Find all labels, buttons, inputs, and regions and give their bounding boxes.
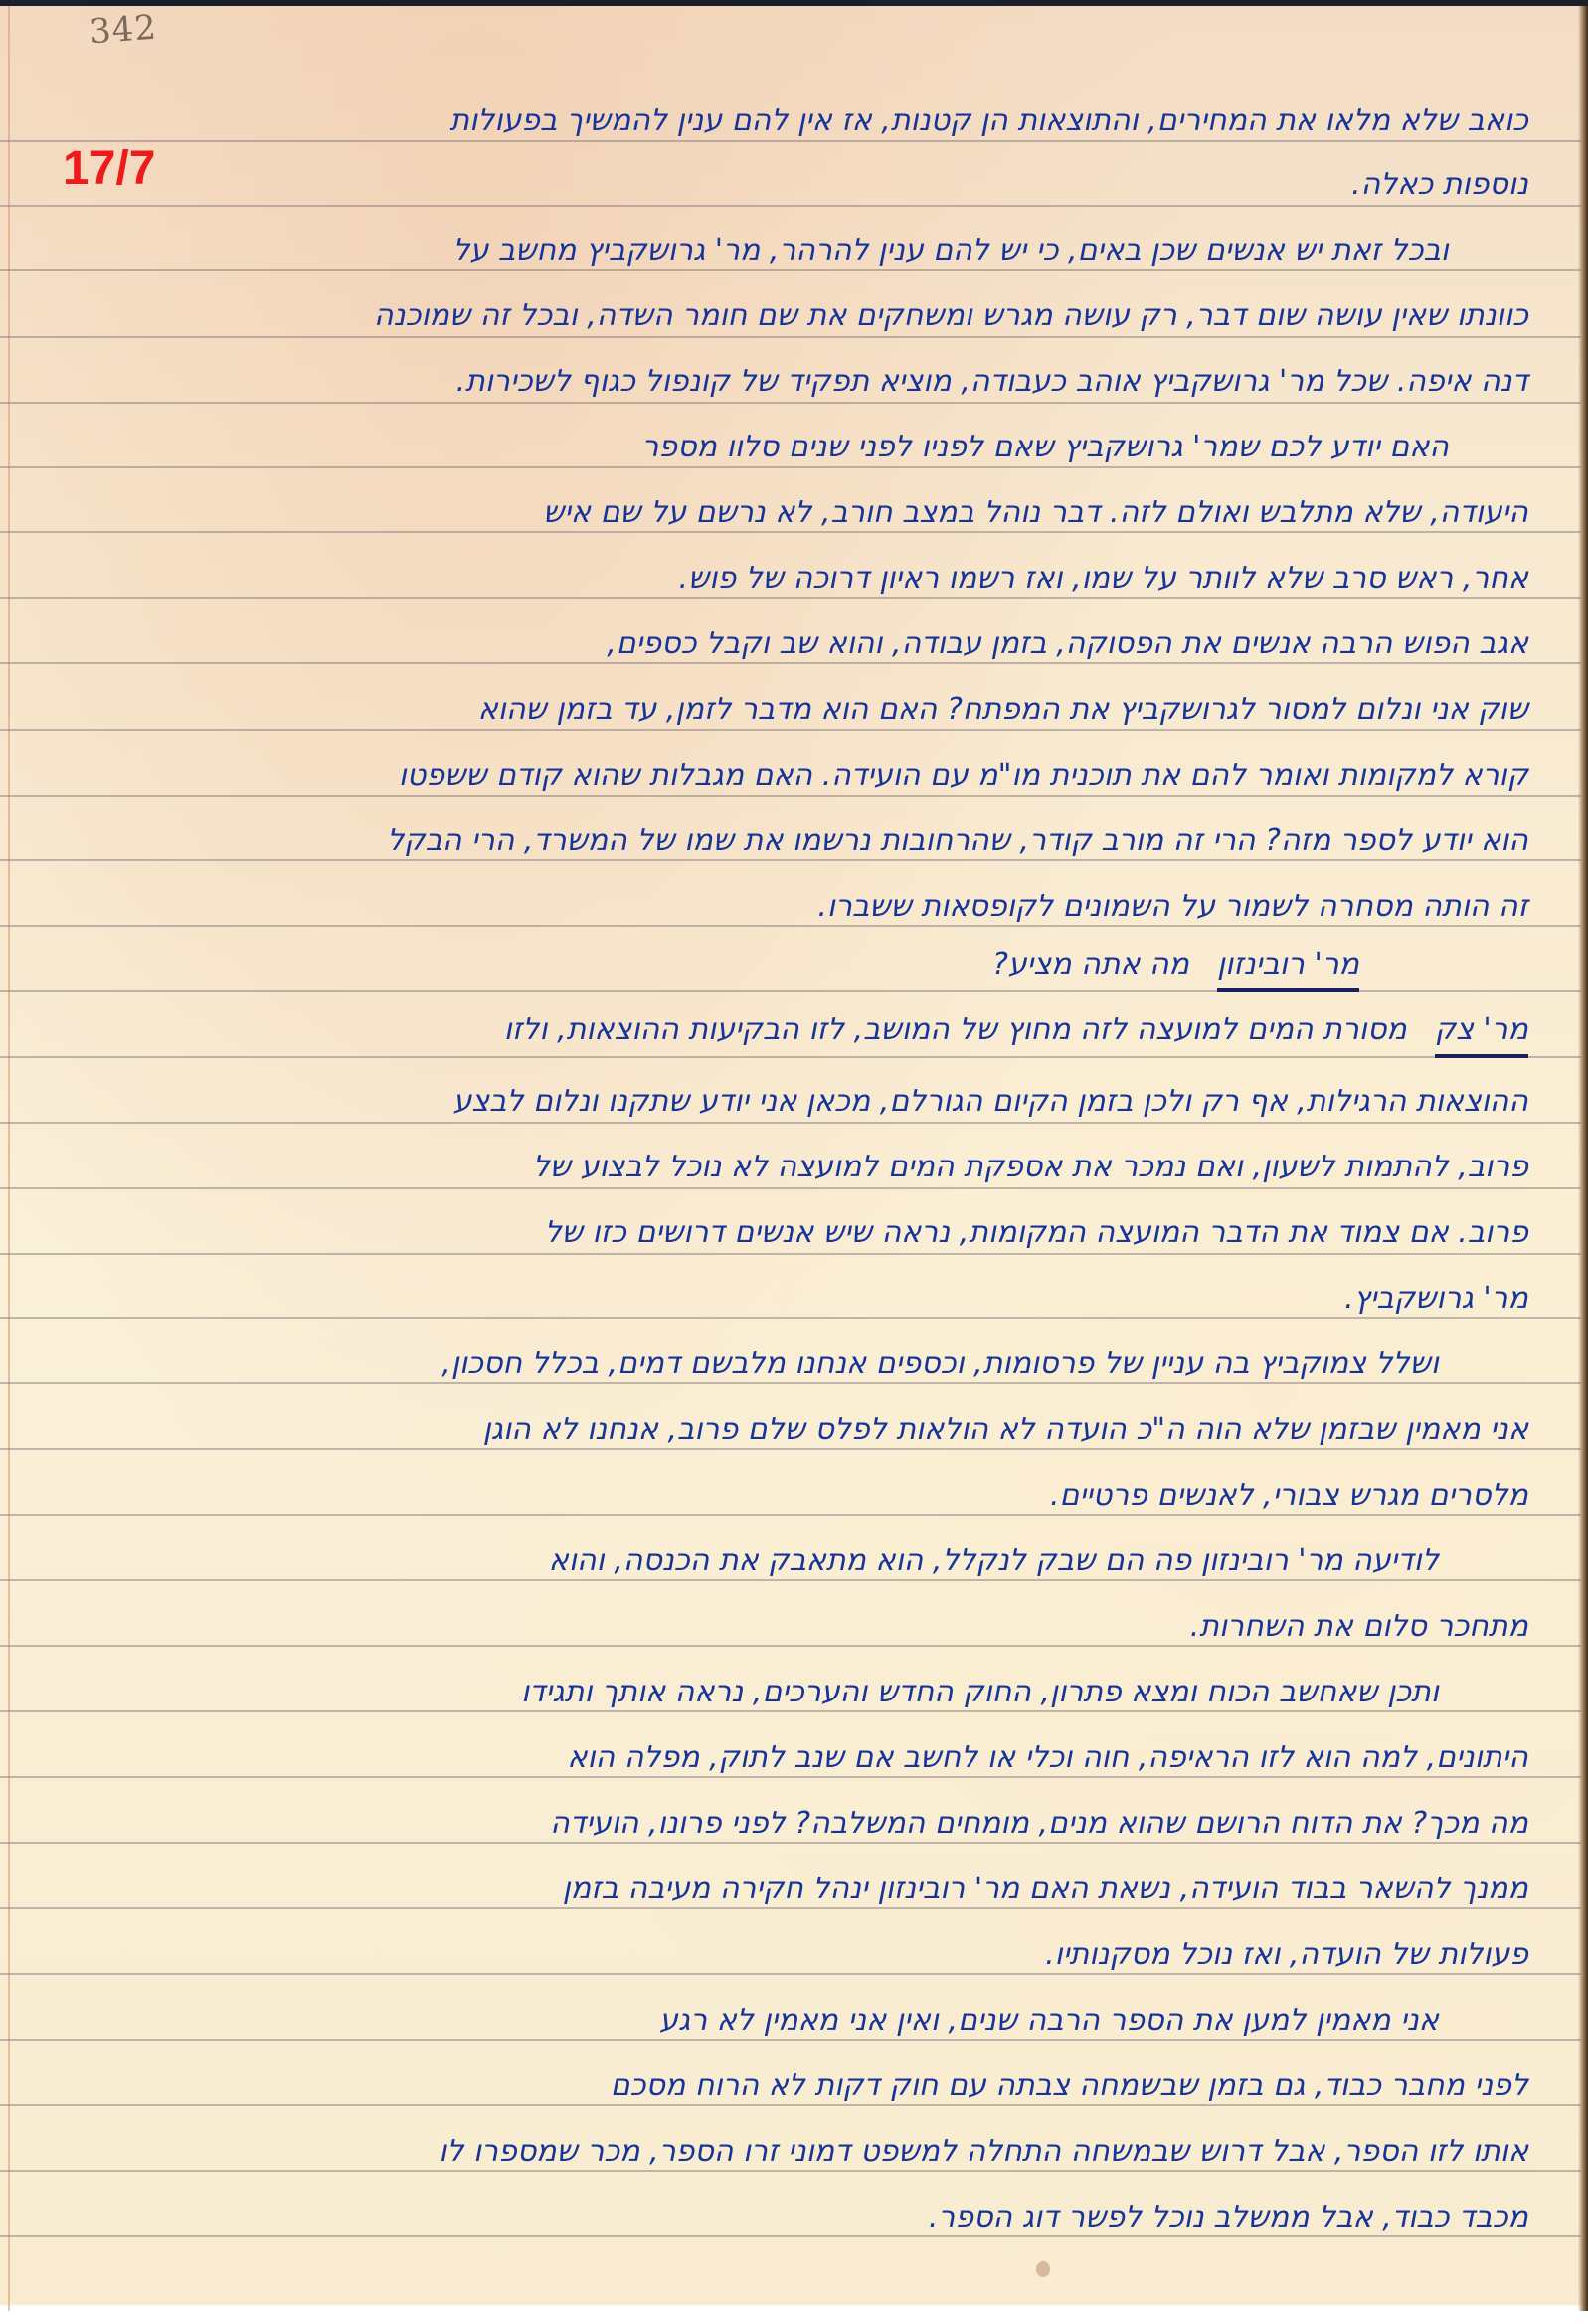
text-line: מר' גרושקביץ. xyxy=(1344,1279,1528,1319)
text-line: אחר, ראש סרב שלא לוותר על שמו, ואז רשמו … xyxy=(679,559,1528,599)
dialogue-text: מה אתה מציע? xyxy=(992,947,1189,982)
text-line: מכבד כבוד, אבל ממשלב נוכל לפשר דוג הספר. xyxy=(929,2198,1528,2237)
text-line: ההוצאות הרגילות, אף רק ולכן בזמן הקיום ה… xyxy=(453,1082,1528,1122)
speaker-label: מר' רובינזון xyxy=(1217,945,1359,992)
date-label: 17/7 xyxy=(63,145,155,193)
dialogue-line: מר' רובינזוןמה אתה מציע? xyxy=(992,945,1359,984)
text-line: מתחכר סלום את השחרות. xyxy=(1190,1607,1528,1647)
text-line: אני מאמין שבזמן שלא הוה ה"כ הועדה לא הול… xyxy=(483,1410,1528,1450)
page-binding-edge xyxy=(1578,6,1588,2311)
speaker-label: מר' צק xyxy=(1435,1010,1528,1058)
text-line: ושלל צמוקביץ בה עניין של פרסומות, וכספים… xyxy=(441,1344,1439,1384)
text-line: פרוב. אם צמוד את הדבר המועצה המקומות, נר… xyxy=(545,1213,1528,1253)
text-line: מלסרים מגרש צבורי, לאנשים פרטיים. xyxy=(1050,1476,1528,1516)
margin-line xyxy=(8,6,10,2311)
text-line: אני מאמין למען את הספר הרבה שנים, ואין א… xyxy=(659,2001,1439,2041)
text-line: היתונים, למה הוא לזו הראיפה, חוה וכלי או… xyxy=(567,1738,1528,1778)
text-line: היעודה, שלא מתלבש ואולם לזה. דבר נוהל במ… xyxy=(543,493,1528,533)
text-line: ממנך להשאר בבוד הועידה, נשאת האם מר' רוב… xyxy=(563,1870,1528,1909)
text-line: לודיעה מר' רובינזון פה הם שבק לנקלל, הוא… xyxy=(549,1541,1439,1581)
text-line: אגב הפוש הרבה אנשים את הפסוקה, בזמן עבוד… xyxy=(607,625,1528,664)
dialogue-text: מסורת המים למועצה לזה מחוץ של המושב, לזו… xyxy=(504,1012,1407,1047)
ruled-line xyxy=(0,205,1581,207)
text-line: לפני מחבר כבוד, גם בזמן שבשמחה צבתה עם ח… xyxy=(611,2066,1528,2106)
text-line: ותכן שאחשב הכוח ומצא פתרון, החוק החדש וה… xyxy=(521,1673,1439,1712)
text-line: מה מכך? את הדוח הרושם שהוא מנים, מומחים … xyxy=(550,1804,1528,1844)
text-line: קורא למקומות ואומר להם את תוכנית מו"מ עם… xyxy=(399,756,1528,796)
dialogue-line: מר' צקמסורת המים למועצה לזה מחוץ של המוש… xyxy=(504,1010,1528,1050)
page-number: 342 xyxy=(88,8,159,53)
ruled-line xyxy=(0,1253,1581,1255)
text-line: פרוב, להתמות לשעון, ואם נמכר את אספקת המ… xyxy=(533,1148,1528,1187)
text-line: כוונתו שאין עושה שום דבר, רק עושה מגרש ו… xyxy=(374,296,1528,336)
ruled-line xyxy=(0,1056,1581,1058)
ink-stain xyxy=(1036,2261,1050,2277)
text-line: הוא יודע לספר מזה? הרי זה מורב קודר, שהר… xyxy=(387,821,1528,861)
text-line: ובכל זאת יש אנשים שכן באים, כי יש להם ענ… xyxy=(453,231,1449,270)
ruled-line xyxy=(0,402,1581,404)
text-line: דנה איפה. שכל מר' גרושקביץ אוהב כעבודה, … xyxy=(456,362,1528,402)
text-line: האם יודע לכם שמר' גרושקביץ שאם לפניו לפנ… xyxy=(641,428,1449,467)
text-line: נוספות כאלה. xyxy=(1351,165,1528,205)
text-line: כואב שלא מלאו את המחירים, והתוצאות הן קט… xyxy=(449,101,1528,141)
notebook-page: 342 17/7 כואב שלא מלאו את המחירים, והתוצ… xyxy=(0,0,1588,2305)
text-line: פעולות של הועדה, ואז נוכל מסקנותיו. xyxy=(1045,1935,1528,1975)
text-line: זה הותה מסחרה לשמור על השמונים לקופסאות … xyxy=(817,887,1528,927)
text-line: אותו לזו הספר, אבל דרוש שבמשחה התחלה למש… xyxy=(439,2132,1528,2172)
ruled-line xyxy=(0,1122,1581,1124)
ruled-line xyxy=(0,1187,1581,1189)
text-line: שוק אני ונלום למסור לגרושקביץ את המפתח? … xyxy=(478,690,1528,730)
ruled-line xyxy=(0,336,1581,338)
